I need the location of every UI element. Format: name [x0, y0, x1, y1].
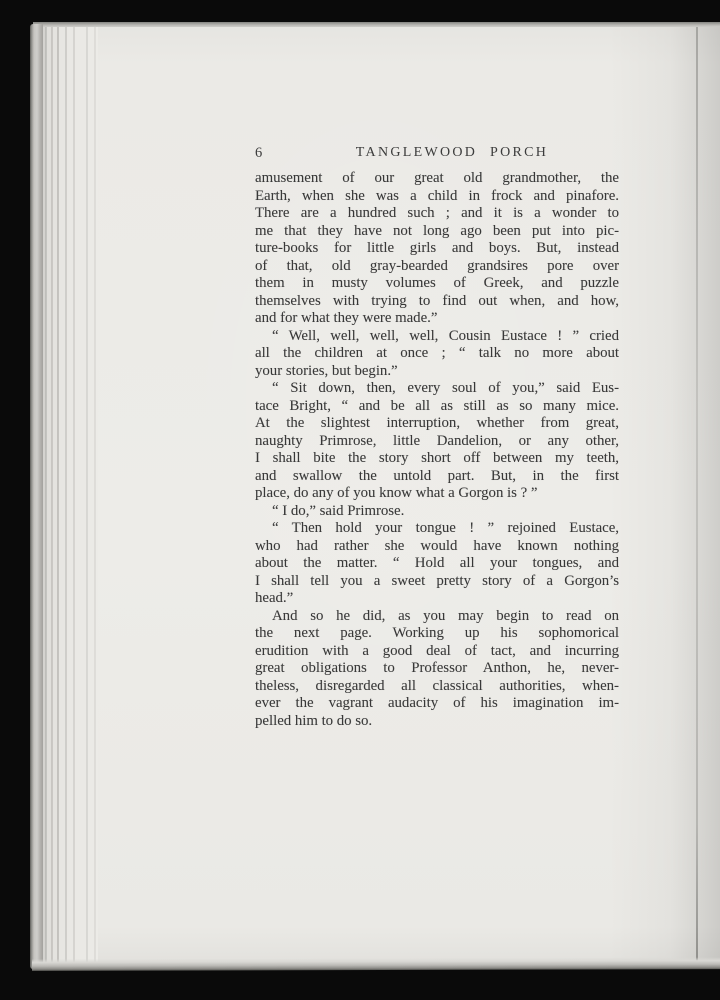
- book-cover-edge: [30, 24, 43, 969]
- text-line: great obligations to Professor Anthon, h…: [255, 660, 619, 678]
- paragraph: “ Then hold your tongue ! ” rejoined Eus…: [255, 520, 619, 608]
- text-line: and for what they were made.”: [255, 310, 619, 328]
- running-head: 6 TANGLEWOOD PORCH: [255, 145, 619, 163]
- text-line: ture-books for little girls and boys. Bu…: [255, 240, 619, 258]
- text-line: And so he did, as you may begin to read …: [255, 608, 619, 626]
- gutter-crease: [696, 27, 698, 964]
- text-line: I shall bite the story short off between…: [255, 450, 619, 468]
- text-line: your stories, but begin.”: [255, 363, 619, 381]
- book-photo: 6 TANGLEWOOD PORCH amusement of our grea…: [0, 0, 720, 1000]
- paragraph: amusement of our great old grandmother, …: [255, 170, 619, 328]
- running-head-title: TANGLEWOOD PORCH: [270, 145, 634, 161]
- text-line: “ I do,” said Primrose.: [255, 503, 619, 521]
- text-block: amusement of our great old grandmother, …: [255, 170, 619, 730]
- text-line: amusement of our great old grandmother, …: [255, 170, 619, 188]
- text-line: head.”: [255, 590, 619, 608]
- text-line: and swallow the untold part. But, in the…: [255, 468, 619, 486]
- text-line: about the matter. “ Hold all your tongue…: [255, 555, 619, 573]
- text-line: them in musty volumes of Greek, and puzz…: [255, 275, 619, 293]
- text-line: theless, disregarded all classical autho…: [255, 678, 619, 696]
- text-line: me that they have not long ago been put …: [255, 223, 619, 241]
- paragraph: And so he did, as you may begin to read …: [255, 608, 619, 731]
- text-line: “ Well, well, well, well, Cousin Eustace…: [255, 328, 619, 346]
- text-line: Earth, when she was a child in frock and…: [255, 188, 619, 206]
- paragraph: “ Well, well, well, well, Cousin Eustace…: [255, 328, 619, 381]
- text-line: pelled him to do so.: [255, 713, 619, 731]
- text-line: I shall tell you a sweet pretty story of…: [255, 573, 619, 591]
- text-line: erudition with a good deal of tact, and …: [255, 643, 619, 661]
- text-line: themselves with trying to find out when,…: [255, 293, 619, 311]
- text-line: place, do any of you know what a Gorgon …: [255, 485, 619, 503]
- text-line: who had rather she would have known noth…: [255, 538, 619, 556]
- text-line: of that, old gray-bearded grandsires por…: [255, 258, 619, 276]
- text-line: all the children at once ; “ talk no mor…: [255, 345, 619, 363]
- text-line: At the slightest interruption, whether f…: [255, 415, 619, 433]
- text-line: naughty Primrose, little Dandelion, or a…: [255, 433, 619, 451]
- paragraph: “ I do,” said Primrose.: [255, 503, 619, 521]
- text-line: the next page. Working up his sophomoric…: [255, 625, 619, 643]
- text-line: “ Sit down, then, every soul of you,” sa…: [255, 380, 619, 398]
- text-line: ever the vagrant audacity of his imagina…: [255, 695, 619, 713]
- page-edge-lines: [43, 27, 98, 967]
- text-line: “ Then hold your tongue ! ” rejoined Eus…: [255, 520, 619, 538]
- text-line: There are a hundred such ; and it is a w…: [255, 205, 619, 223]
- page-number: 6: [255, 145, 262, 162]
- text-line: tace Bright, “ and be all as still as so…: [255, 398, 619, 416]
- book-bottom-edge: [32, 957, 720, 971]
- paragraph: “ Sit down, then, every soul of you,” sa…: [255, 380, 619, 503]
